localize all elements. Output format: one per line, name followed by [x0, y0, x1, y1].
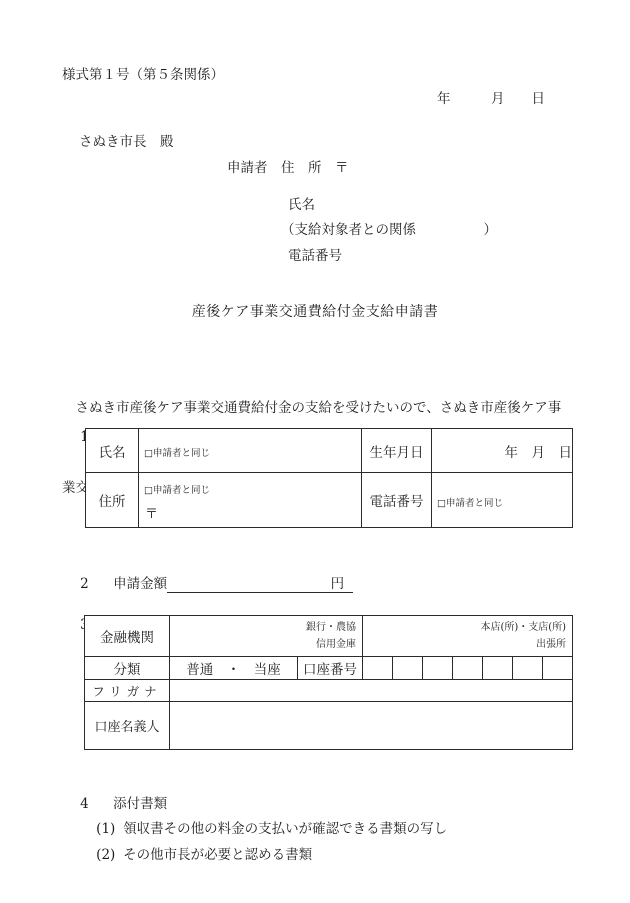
branch-type-option: 本店(所)・支店(所): [363, 619, 572, 636]
recipient-name-cell: □申請者と同じ: [139, 429, 362, 473]
bank-institution-label: 金融機関: [85, 616, 170, 657]
applicant-name-label: 氏名: [288, 193, 315, 213]
section-2-title: 申請金額: [113, 576, 167, 592]
table-row: 口座名義人: [85, 702, 573, 750]
account-class-options: 普通 ・ 当座: [170, 657, 298, 680]
branch-type-option: 出張所: [363, 636, 572, 653]
same-as-applicant-checkbox: □申請者と同じ: [432, 492, 572, 509]
form-number: 様式第１号（第５条関係）: [62, 63, 224, 83]
furigana-input-cell: [170, 680, 573, 702]
applicant-address-line: 申請者 住 所 〒: [227, 156, 349, 176]
application-form-page: 様式第１号（第５条関係） 年 月 日 さぬき市長 殿 申請者 住 所 〒 氏名 …: [0, 0, 630, 903]
account-holder-label: 口座名義人: [85, 702, 170, 750]
recipient-phone-label: 電話番号: [362, 473, 432, 528]
amount-blank-line: 円: [167, 572, 353, 593]
table-row: 住所 □申請者と同じ 〒 電話番号 □申請者と同じ: [86, 473, 573, 528]
account-digit-cell: [393, 657, 423, 680]
date-line: 年 月 日: [0, 87, 630, 107]
table-row: 金融機関 銀行・農協 信用金庫 本店(所)・支店(所) 出張所: [85, 616, 573, 657]
section-2-number: 2: [80, 576, 113, 592]
bank-branch-cell: 本店(所)・支店(所) 出張所: [363, 616, 573, 657]
bank-institution-type-cell: 銀行・農協 信用金庫: [170, 616, 363, 657]
account-class-label: 分類: [85, 657, 170, 680]
account-holder-input-cell: [170, 702, 573, 750]
bank-type-option: 信用金庫: [170, 636, 362, 653]
account-digit-cell: [483, 657, 513, 680]
same-as-applicant-checkbox: □申請者と同じ: [139, 479, 361, 496]
document-title: 産後ケア事業交通費給付金支給申請書: [0, 301, 630, 321]
attachment-2-number: (2): [96, 847, 123, 863]
account-digit-cell: [423, 657, 453, 680]
recipient-phone-cell: □申請者と同じ: [432, 473, 573, 528]
account-digit-cell: [543, 657, 573, 680]
table-row: フリガナ: [85, 680, 573, 702]
attachment-2-text: その他市長が必要と認める書類: [123, 847, 312, 863]
recipient-name-label: 氏名: [86, 429, 139, 473]
recipient-address-cell: □申請者と同じ 〒: [139, 473, 362, 528]
account-digit-cell: [453, 657, 483, 680]
postal-mark-icon: 〒: [139, 496, 361, 522]
account-number-label: 口座番号: [298, 657, 363, 680]
applicant-phone-label: 電話番号: [288, 244, 342, 264]
furigana-label: フリガナ: [85, 680, 170, 702]
same-as-applicant-checkbox: □申請者と同じ: [139, 442, 361, 459]
recipient-birthdate-cell: 年 月 日: [432, 429, 573, 473]
recipient-table: 氏名 □申請者と同じ 生年月日 年 月 日 住所 □申請者と同じ 〒 電話番号 …: [85, 428, 573, 528]
account-digit-cell: [363, 657, 393, 680]
bank-table: 金融機関 銀行・農協 信用金庫 本店(所)・支店(所) 出張所 分類 普通 ・ …: [84, 615, 573, 750]
attachment-item-2: (2)その他市長が必要と認める書類: [79, 827, 312, 879]
table-row: 分類 普通 ・ 当座 口座番号: [85, 657, 573, 680]
account-digit-cell: [513, 657, 543, 680]
yen-unit-label: 円: [331, 576, 345, 592]
addressee: さぬき市長 殿: [79, 130, 174, 150]
bank-type-option: 銀行・農協: [170, 619, 362, 636]
recipient-birthdate-label: 生年月日: [362, 429, 432, 473]
table-row: 氏名 □申請者と同じ 生年月日 年 月 日: [86, 429, 573, 473]
applicant-relation-label: （支給対象者との関係 ）: [281, 218, 497, 238]
recipient-address-label: 住所: [86, 473, 139, 528]
